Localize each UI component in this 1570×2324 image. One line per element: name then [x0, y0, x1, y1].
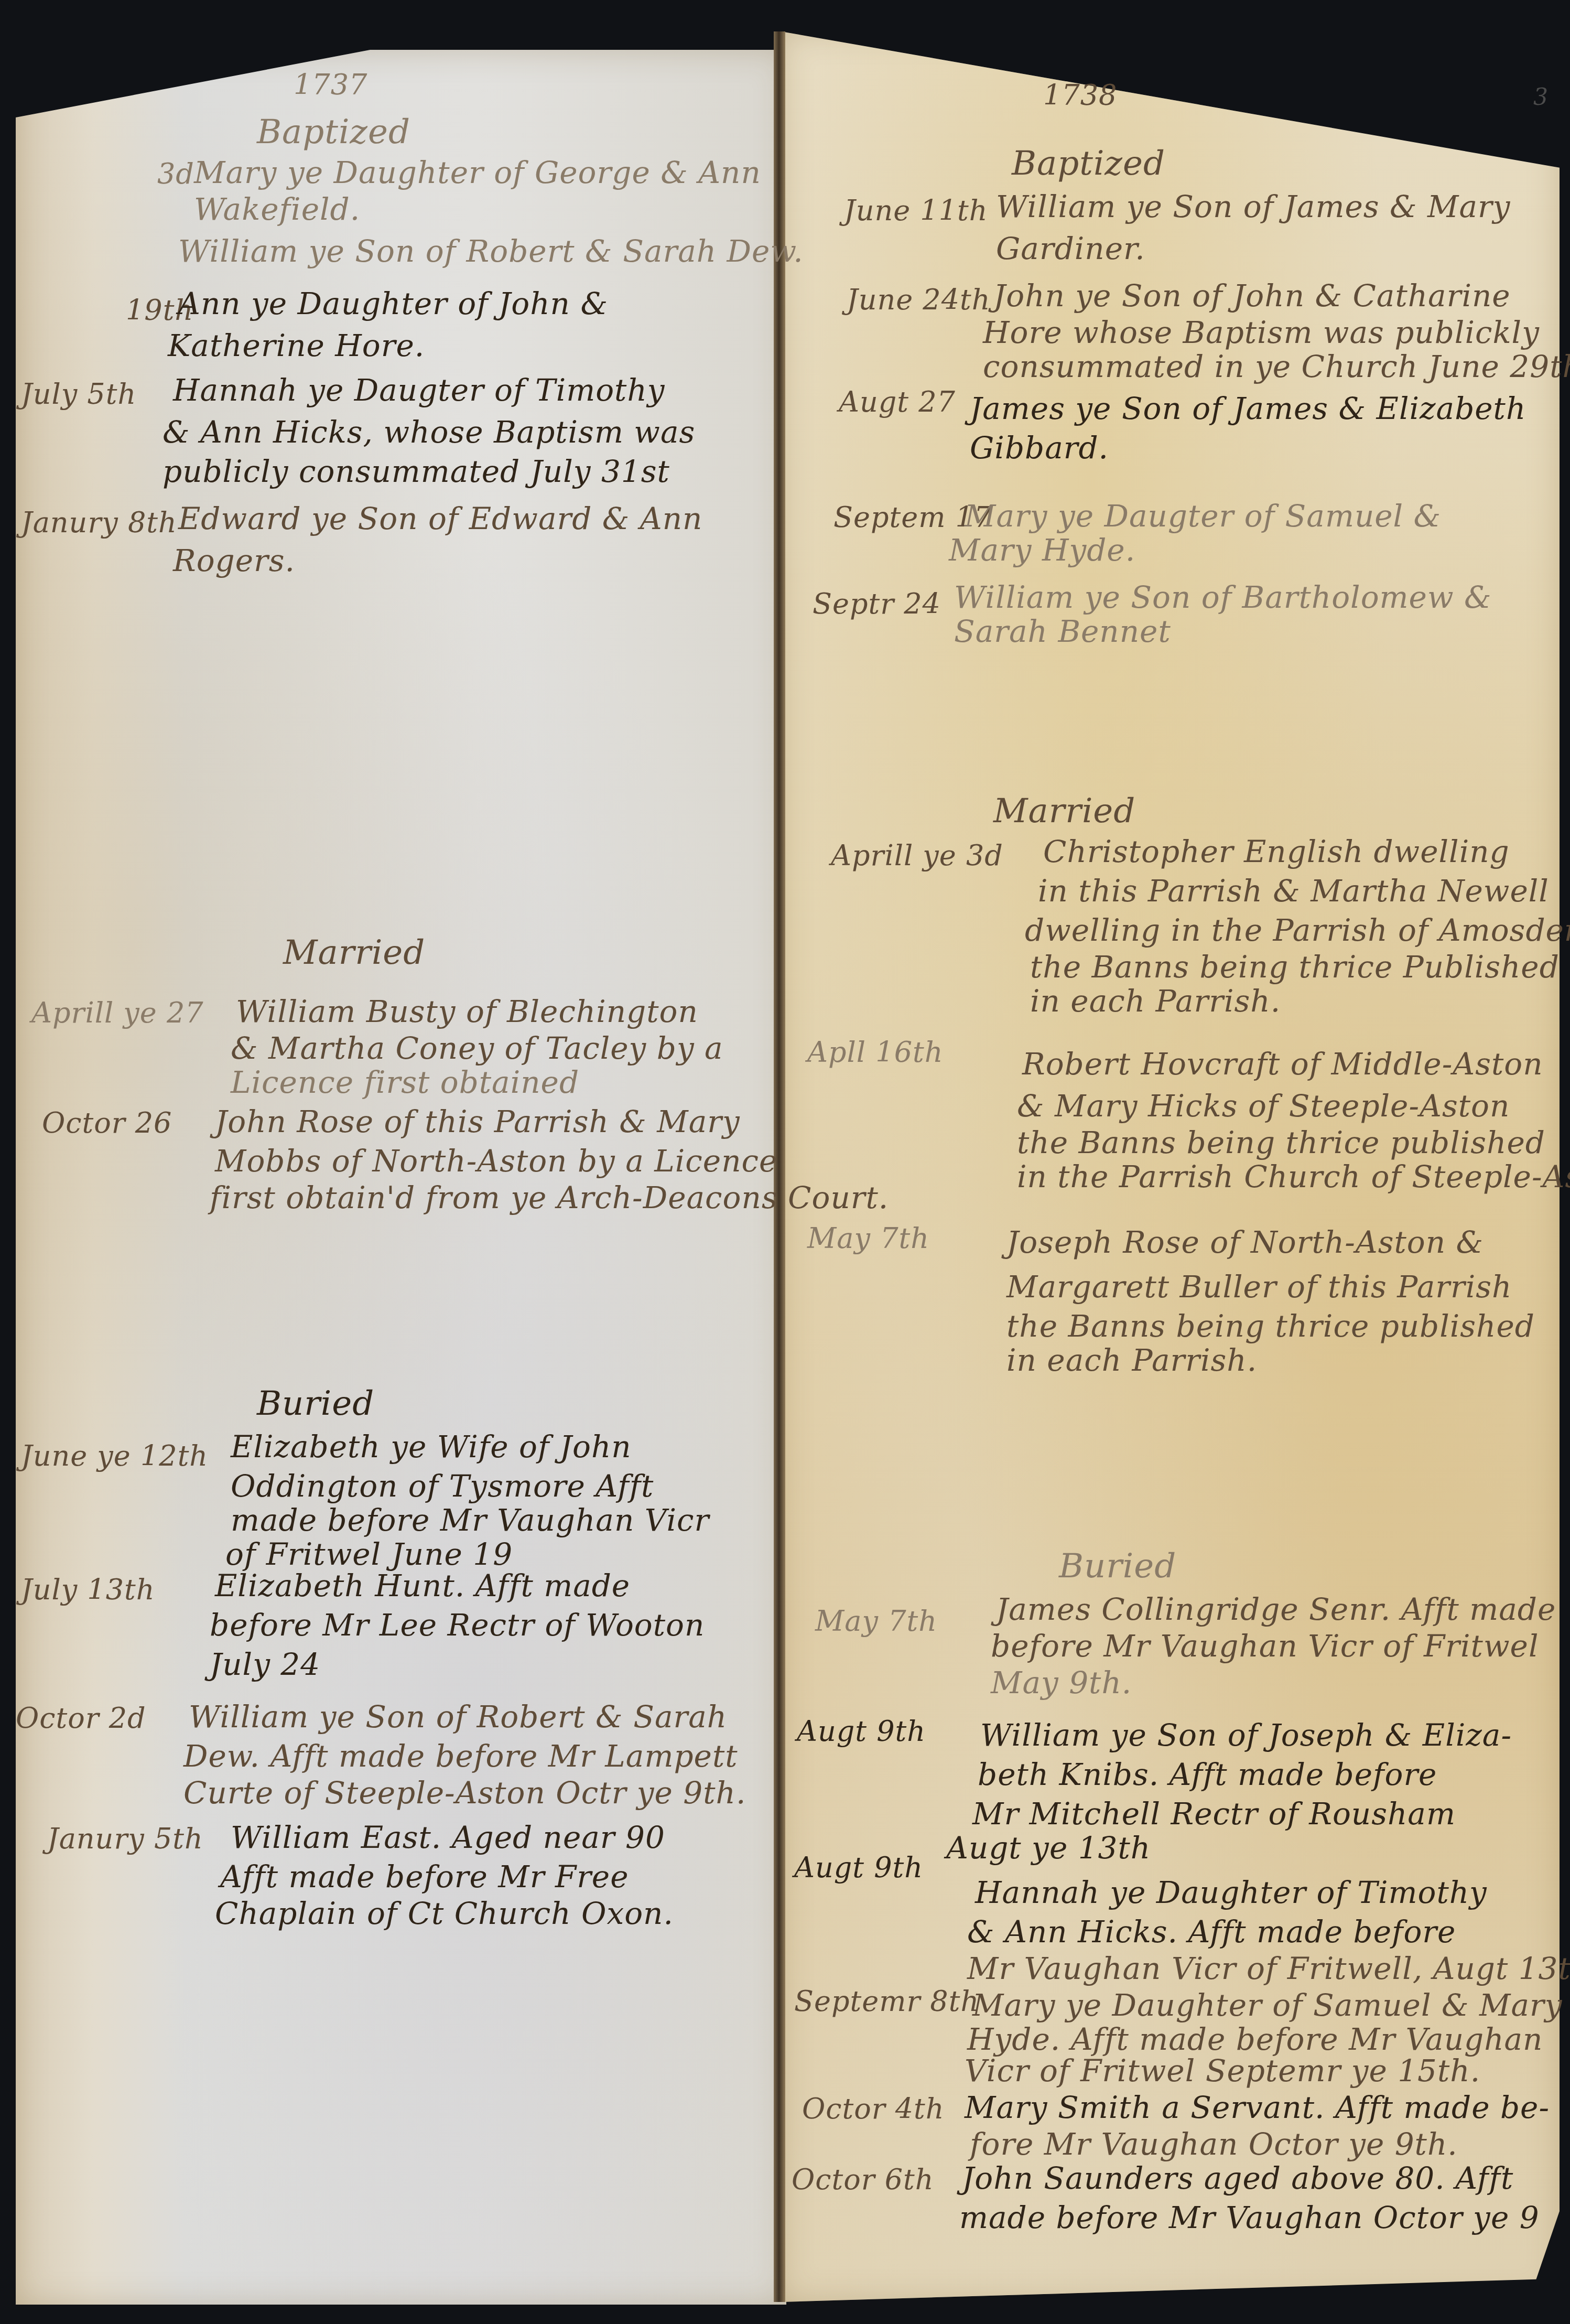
entry-line: Sarah Bennet	[954, 614, 1171, 649]
entry-line: Gibbard.	[970, 430, 1109, 466]
entry-line: first obtain'd from ye Arch-Deacons Cour…	[210, 1180, 889, 1215]
entry-line: Mr Mitchell Rectr of Rousham	[972, 1796, 1456, 1832]
entry-line: Curte of Steeple-Aston Octr ye 9th.	[183, 1775, 746, 1811]
entry-date: June ye 12th	[21, 1439, 208, 1472]
entry-date: Augt 9th	[794, 1851, 923, 1884]
entry-date: Apll 16th	[807, 1036, 943, 1069]
entry-date: Septr 24	[813, 587, 941, 620]
entry-line: & Martha Coney of Tacley by a	[231, 1030, 723, 1066]
entry-line: Margarett Buller of this Parrish	[1006, 1269, 1512, 1305]
entry-line: dwelling in the Parrish of Amosden	[1025, 912, 1570, 948]
entry-date: Janury 8th	[21, 506, 177, 539]
entry-line: Hore whose Baptism was publickly	[983, 315, 1540, 350]
entry-line: William ye Son of Robert & Sarah Dew.	[178, 233, 804, 269]
entry-line: Mobbs of North-Aston by a Licence	[215, 1143, 777, 1179]
entry-date: June 24th	[847, 283, 991, 316]
right-baptized-heading: Baptized	[1012, 144, 1165, 183]
entry-line: Katherine Hore.	[168, 328, 425, 363]
entry-date: Octor 2d	[16, 1702, 146, 1735]
left-married-heading: Married	[283, 933, 425, 972]
entry-line: Christopher English dwelling	[1043, 834, 1510, 869]
entry-line: James Collingridge Senr. Afft made	[996, 1591, 1556, 1627]
entry-date: July 13th	[21, 1573, 155, 1606]
entry-line: the Banns being thrice published	[1006, 1308, 1535, 1344]
entry-date: Septemr 8th	[794, 1985, 979, 2018]
entry-line: William ye Son of Joseph & Eliza-	[980, 1717, 1512, 1753]
entry-line: Ann ye Daughter of John &	[178, 286, 608, 321]
entry-line: before Mr Lee Rectr of Wooton	[210, 1607, 705, 1643]
entry-line: Gardiner.	[996, 231, 1145, 266]
entry-line: James ye Son of James & Elizabeth	[970, 391, 1526, 426]
entry-line: in each Parrish.	[1006, 1342, 1257, 1378]
folio-number: 3	[1533, 84, 1549, 111]
entry-line: May 9th.	[991, 1665, 1132, 1701]
entry-line: in the Parrish Church of Steeple-Aston	[1017, 1159, 1570, 1195]
entry-date: Octor 26	[42, 1106, 172, 1139]
entry-line: & Ann Hicks, whose Baptism was	[163, 414, 695, 450]
entry-line: fore Mr Vaughan Octor ye 9th.	[970, 2126, 1458, 2162]
entry-line: Mary Hyde.	[949, 532, 1135, 568]
entry-date: Aprill ye 27	[31, 996, 204, 1029]
entry-date: May 7th	[807, 1222, 929, 1255]
entry-line: William ye Son of James & Mary	[996, 189, 1510, 224]
entry-line: Mary Smith a Servant. Afft made be-	[965, 2090, 1550, 2125]
entry-line: the Banns being thrice published	[1017, 1125, 1545, 1160]
entry-line: Rogers.	[173, 543, 295, 578]
entry-line: John Saunders aged above 80. Afft	[962, 2160, 1513, 2196]
entry-line: Robert Hovcraft of Middle-Aston	[1022, 1046, 1543, 1082]
entry-line: Mary ye Daugter of Samuel &	[965, 498, 1441, 534]
entry-line: before Mr Vaughan Vicr of Fritwel	[991, 1628, 1539, 1664]
entry-date: Octor 6th	[792, 2163, 934, 2196]
entry-line: Mr Vaughan Vicr of Fritwell, Augt 13th	[967, 1951, 1570, 1986]
entry-date: 3d	[157, 157, 194, 190]
entry-line: Wakefield.	[194, 191, 360, 227]
entry-line: William Busty of Blechington	[236, 994, 698, 1029]
entry-line: William East. Aged near 90	[231, 1820, 665, 1855]
right-married-heading: Married	[993, 792, 1135, 831]
entry-line: & Ann Hicks. Afft made before	[967, 1914, 1456, 1950]
entry-line: William ye Son of Robert & Sarah	[189, 1699, 727, 1735]
entry-line: in this Parrish & Martha Newell	[1038, 873, 1549, 909]
entry-date: May 7th	[815, 1605, 937, 1638]
entry-line: Elizabeth Hunt. Afft made	[215, 1568, 630, 1604]
entry-line: Vicr of Fritwel Septemr ye 15th.	[965, 2053, 1480, 2089]
entry-date: Augt 9th	[797, 1715, 926, 1748]
entry-line: John Rose of this Parrish & Mary	[215, 1104, 740, 1139]
entry-line: Chaplain of Ct Church Oxon.	[215, 1896, 674, 1931]
left-year: 1737	[294, 68, 367, 101]
entry-line: Mary ye Daughter of George & Ann	[194, 155, 761, 190]
entry-line: Elizabeth ye Wife of John	[231, 1429, 632, 1465]
entry-line: Mary ye Daughter of Samuel & Mary	[972, 1987, 1562, 2023]
entry-line: Licence first obtained	[231, 1064, 579, 1100]
entry-line: Hyde. Afft made before Mr Vaughan	[967, 2021, 1543, 2057]
entry-line: Dew. Afft made before Mr Lampett	[183, 1738, 738, 1774]
entry-line: Oddington of Tysmore Afft	[231, 1468, 654, 1504]
entry-date: July 5th	[21, 378, 136, 411]
entry-line: of Fritwel June 19	[225, 1536, 513, 1572]
entry-line: made before Mr Vaughan Octor ye 9	[959, 2200, 1540, 2235]
left-buried-heading: Buried	[257, 1384, 374, 1423]
entry-line: publicly consummated July 31st	[163, 454, 670, 489]
entry-line: July 24	[210, 1647, 320, 1682]
entry-line: the Banns being thrice Published	[1030, 949, 1560, 985]
entry-date: Janury 5th	[47, 1822, 203, 1855]
entry-line: Joseph Rose of North-Aston &	[1006, 1224, 1484, 1260]
right-buried-heading: Buried	[1059, 1547, 1176, 1586]
right-year: 1738	[1043, 79, 1117, 112]
entry-line: Edward ye Son of Edward & Ann	[178, 501, 702, 536]
entry-line: consummated in ye Church June 29th	[983, 349, 1570, 384]
entry-date: Augt 27	[839, 385, 956, 418]
entry-line: Hannah ye Daugter of Timothy	[173, 372, 665, 408]
entry-line: Hannah ye Daughter of Timothy	[975, 1875, 1487, 1910]
entry-line: beth Knibs. Afft made before	[978, 1757, 1437, 1792]
entry-line: Augt ye 13th	[946, 1830, 1151, 1866]
left-baptized-heading: Baptized	[257, 113, 410, 152]
entry-date: June 11th	[844, 194, 988, 227]
entry-line: John ye Son of John & Catharine	[993, 278, 1511, 314]
entry-line: in each Parrish.	[1030, 983, 1281, 1019]
entry-line: & Mary Hicks of Steeple-Aston	[1017, 1088, 1510, 1124]
entry-line: Afft made before Mr Free	[220, 1859, 629, 1895]
entry-date: Octor 4th	[802, 2092, 945, 2125]
entry-line: William ye Son of Bartholomew &	[954, 579, 1492, 615]
entry-date: Aprill ye 3d	[831, 839, 1003, 872]
entry-line: made before Mr Vaughan Vicr	[231, 1502, 709, 1538]
